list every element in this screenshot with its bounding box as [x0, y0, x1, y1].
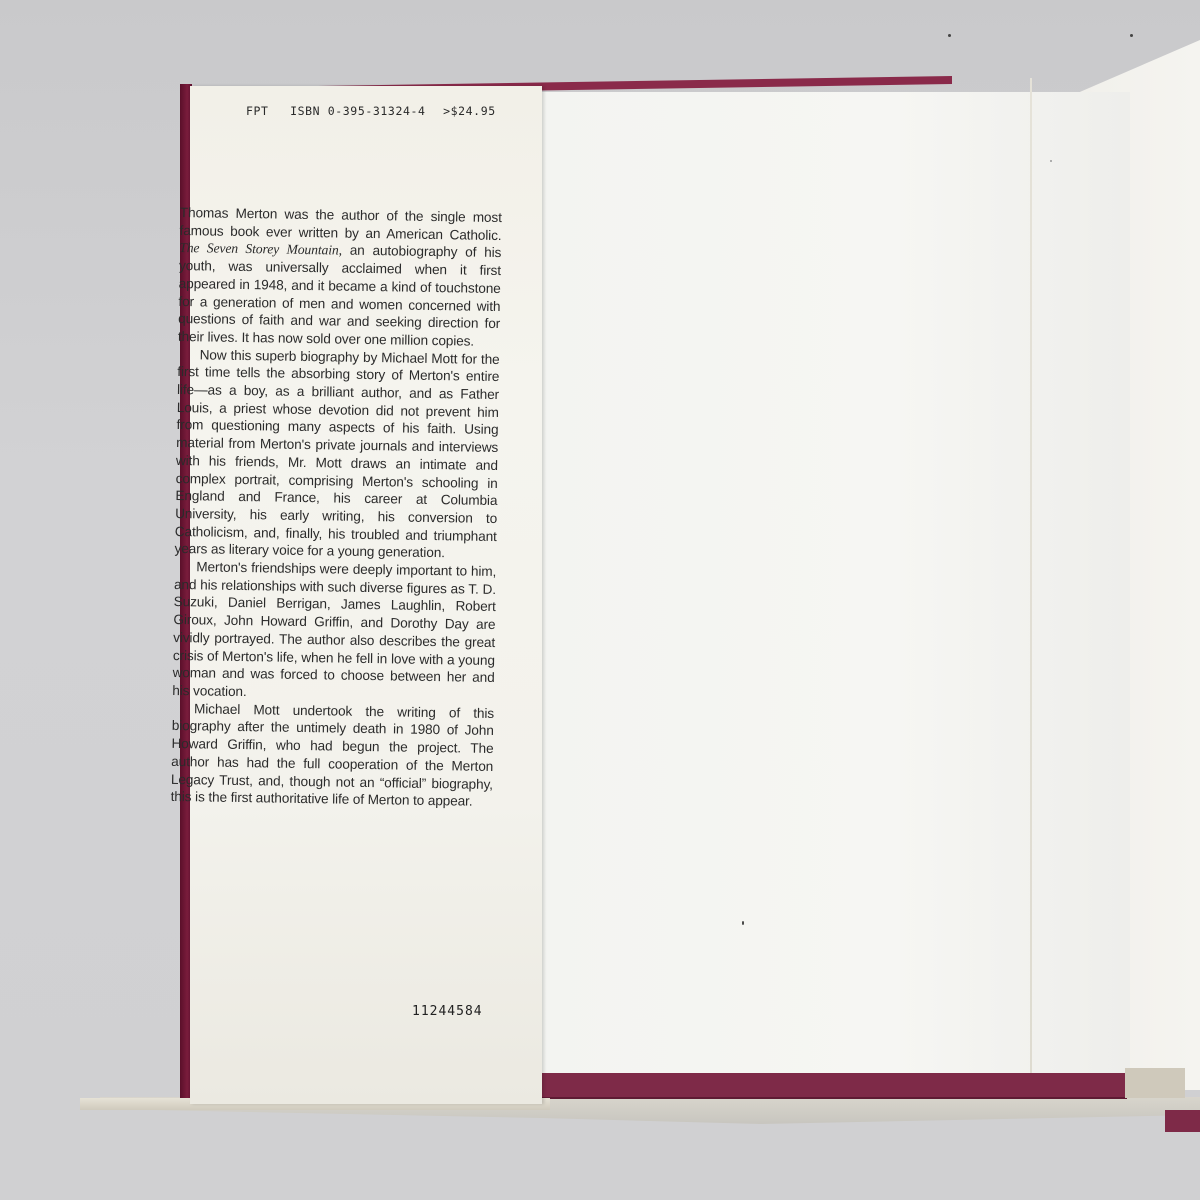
flap-header: FPT ISBN 0-395-31324-4 >$24.95 — [246, 104, 526, 124]
torn-jacket-corner — [1165, 1110, 1200, 1132]
blurb-paragraph: Now this superb biography by Michael Mot… — [174, 346, 499, 563]
inventory-code: 11244584 — [412, 1004, 483, 1019]
flap-blurb: Thomas Merton was the author of the sing… — [171, 204, 502, 811]
book-title: The Seven Storey Mountain, — [179, 240, 342, 258]
endpaper-page — [540, 92, 1130, 1074]
worn-board-corner — [1125, 1068, 1185, 1098]
price: >$24.95 — [443, 104, 496, 118]
board-bottom-edge — [541, 1073, 1127, 1097]
dust-speck — [1130, 34, 1133, 37]
blurb-paragraph: Michael Mott undertook the writing of th… — [171, 700, 495, 811]
isbn: ISBN 0-395-31324-4 — [290, 104, 425, 118]
fold-crease — [1030, 78, 1032, 1078]
blurb-paragraph: Merton's friendships were deeply importa… — [172, 558, 496, 705]
dust-speck — [742, 921, 744, 925]
publisher-code: FPT — [246, 104, 269, 118]
dust-speck — [1050, 160, 1052, 162]
blurb-paragraph: Thomas Merton was the author of the sing… — [178, 204, 502, 351]
dust-speck — [948, 34, 951, 37]
